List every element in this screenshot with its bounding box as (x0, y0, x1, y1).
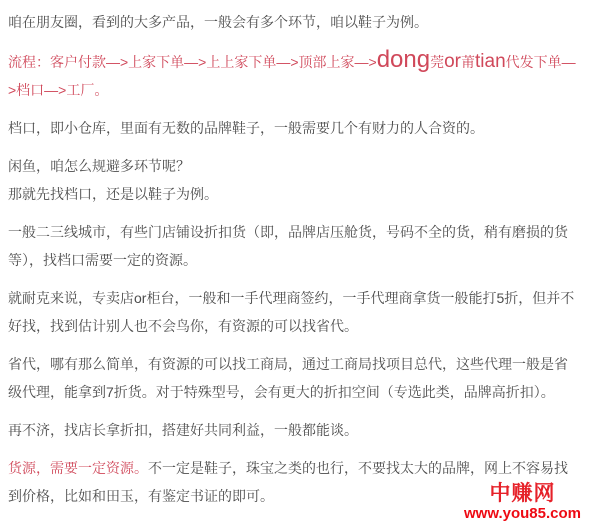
flow-han-guan: 莞 (430, 54, 444, 70)
flow-prefix: 流程：客户付款—>上家下单—>上上家下单—>顶部上家—> (8, 54, 377, 70)
paragraph-flow: 流程：客户付款—>上家下单—>上上家下单—>顶部上家—>dong莞or莆tian… (8, 46, 580, 104)
flow-latin-or: or (444, 51, 461, 72)
flow-pinyin-dong: dong (377, 46, 430, 73)
paragraph-dangkou-definition: 档口，即小仓库，里面有无数的品牌鞋子，一般需要几个有财力的人合资的。 (8, 114, 580, 142)
watermark: 中赚网 www.you85.com (464, 482, 581, 522)
paragraph-xianyu-question: 闲鱼，咱怎么规避多环节呢？ 那就先找档口，还是以鞋子为例。 (8, 152, 580, 208)
supply-lead-red: 货源，需要一定资源。 (8, 460, 148, 476)
paragraph-intro: 咱在朋友圈，看到的大多产品，一般会有多个环节，咱以鞋子为例。 (8, 8, 580, 36)
watermark-site-name: 中赚网 (464, 482, 581, 505)
flow-han-pu: 莆 (461, 54, 475, 70)
xianyu-line2: 那就先找档口，还是以鞋子为例。 (8, 186, 218, 202)
watermark-site-url: www.you85.com (464, 505, 581, 522)
paragraph-city-discount: 一般二三线城市，有些门店铺设折扣货（即，品牌店压舱货，号码不全的货，稍有磨损的货… (8, 218, 580, 274)
flow-pinyin-tian: tian (475, 51, 506, 72)
paragraph-nike-example: 就耐克来说，专卖店or柜台，一般和一手代理商签约，一手代理商拿货一般能打5折，但… (8, 284, 580, 340)
paragraph-fallback-negotiate: 再不济，找店长拿折扣，搭建好共同利益，一般都能谈。 (8, 416, 580, 444)
article-page: 咱在朋友圈，看到的大多产品，一般会有多个环节，咱以鞋子为例。 流程：客户付款—>… (0, 0, 591, 524)
xianyu-line1: 闲鱼，咱怎么规避多环节呢？ (8, 158, 190, 174)
paragraph-shengdai: 省代，哪有那么简单，有资源的可以找工商局，通过工商局找项目总代，这些代理一般是省… (8, 350, 580, 406)
